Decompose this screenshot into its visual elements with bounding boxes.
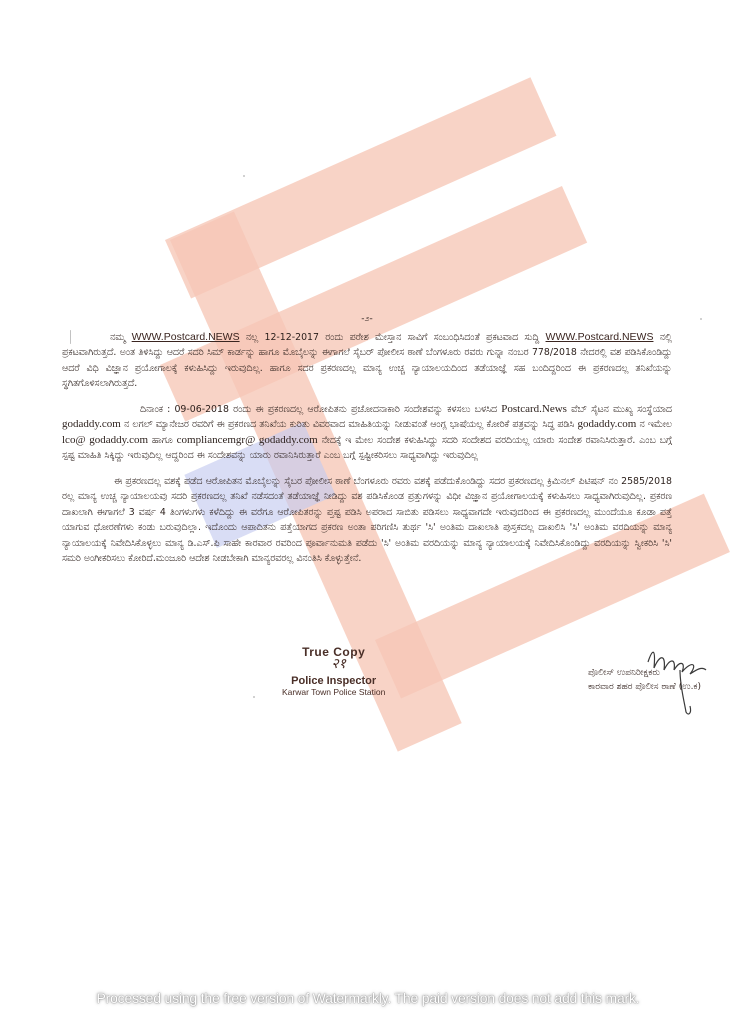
latin-reference: godaddy.com [62,418,121,430]
website-reference: WWW.Postcard.NEWS [546,331,654,343]
latin-reference: compliancemgr@ godaddy.com [177,434,318,446]
website-reference: WWW.Postcard.NEWS [132,331,240,343]
paragraph-text: ನ ಲಗಲ್ ಮ್ಯಾನೇಜರ ರವರಿಗೆ ಈ ಪ್ರಕರಣದ ತನಿಖೆಯ … [121,419,578,430]
scan-speck [700,318,702,320]
latin-reference: Postcard.News [501,403,567,415]
paragraph-text: ದಿನಾಂಕ : 09-06-2018 ರಂದು ಈ ಪ್ರಕರಣದಲ್ಲ ಆರ… [140,404,501,415]
paragraph-3: ಈ ಪ್ರಕರಣದಲ್ಲ ವಶಕ್ಕೆ ಪಡೆದ ಆರೋಪಿತನ ಮೊಬೈಲನ್… [62,474,672,567]
latin-reference: godaddy.com [577,418,636,430]
latin-reference: lco@ godaddy.com [62,434,148,446]
officer-signoff: ಪೊಲೀಸ್ ಉಪನಿರೀಕ್ಷಕರು ಕಾರವಾರ ಶಹರ ಪೊಲೀಸ ಠಾಣ… [588,666,701,694]
watermark-footer-text: Processed using the free version of Wate… [0,990,736,1006]
stamp-station: Karwar Town Police Station [282,687,385,697]
stamp-initials: २१ [292,659,385,669]
scan-speck [243,175,245,177]
signoff-station: ಕಾರವಾರ ಶಹರ ಪೊಲೀಸ ಠಾಣೆ (ಉ.ಕ) [588,680,701,694]
paragraph-text: ನಮ್ಮ [110,332,132,343]
paragraph-2: ದಿನಾಂಕ : 09-06-2018 ರಂದು ಈ ಪ್ರಕರಣದಲ್ಲ ಆರ… [62,402,672,464]
stamp-designation: Police Inspector [282,675,385,687]
true-copy-stamp: True Copy २१ Police Inspector Karwar Tow… [282,645,385,697]
signoff-title: ಪೊಲೀಸ್ ಉಪನಿರೀಕ್ಷಕರು [588,666,701,680]
paragraph-text: ವೆಬ್ ಸೈಟನ ಮುಖ್ಯ ಸಂಸ್ಥೆಯಾದ [567,404,672,415]
paragraph-1: ನಮ್ಮ WWW.Postcard.NEWS ನಲ್ಲ 12-12-2017 ರ… [62,330,672,392]
paragraph-text: ನಲ್ಲ 12-12-2017 ರಂದು ಪರೇಶ ಮೇಸ್ತಾನ ಸಾವಿಗೆ… [240,332,546,343]
paragraph-text: ಈ ಪ್ರಕರಣದಲ್ಲ ವಶಕ್ಕೆ ಪಡೆದ ಆರೋಪಿತನ ಮೊಬೈಲನ್… [62,476,672,565]
paragraph-text: ಹಾಗೂ [148,435,177,446]
scan-speck [253,696,255,698]
document-page: -೨- ನಮ್ಮ WWW.Postcard.NEWS ನಲ್ಲ 12-12-20… [0,0,736,1024]
paragraph-text: ನ ಇಮೇಲ [636,419,672,430]
section-separator: -೨- [62,312,672,328]
letter-body: -೨- ನಮ್ಮ WWW.Postcard.NEWS ನಲ್ಲ 12-12-20… [62,312,672,577]
